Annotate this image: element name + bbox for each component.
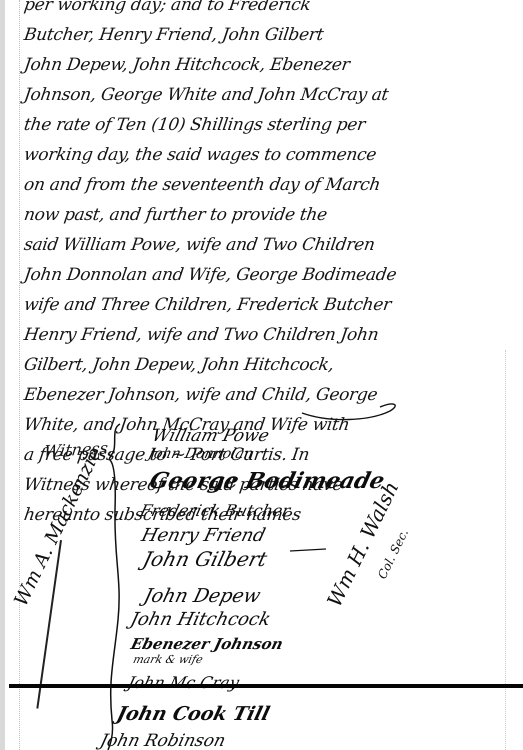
signature: John Hitchcock [127, 609, 381, 635]
body-line: Butcher, Henry Friend, John Gilbert [22, 20, 406, 50]
signature: John Robinson [97, 731, 381, 750]
body-line: said William Powe, wife and Two Children [22, 230, 406, 260]
signature: Ebenezer Johnson [129, 635, 379, 653]
body-line: the rate of Ten (10) Shillings sterling … [22, 110, 406, 140]
body-line: Johnson, George White and John McCray at [22, 80, 406, 110]
body-line: Gilbert, John Depew, John Hitchcock, [22, 350, 406, 380]
signature: John Mc Cray [123, 673, 382, 703]
body-line: per working day; and to Frederick [22, 0, 406, 20]
right-ruling-line [505, 350, 506, 750]
body-line: wife and Three Children, Frederick Butch… [22, 290, 406, 320]
document-page: per working day; and to Frederick Butche… [0, 0, 523, 750]
body-line: Henry Friend, wife and Two Children John [22, 320, 406, 350]
body-line: on and from the seventeenth day of March [22, 170, 406, 200]
scan-margin-strip [0, 0, 5, 750]
signature: George Bodimeade [145, 468, 383, 501]
body-line: John Donnolan and Wife, George Bodimeade [22, 260, 406, 290]
signature: Frederick Butcher [137, 501, 381, 525]
signature: John Cook Till [113, 703, 382, 731]
horizontal-black-bar [9, 684, 523, 688]
signature: William Powe [150, 426, 380, 446]
body-line: working day, the said wages to commence [22, 140, 406, 170]
left-ruling-line [19, 0, 20, 750]
body-line: now past, and further to provide the [22, 200, 406, 230]
signature: mark & wife [130, 653, 380, 673]
body-line: Ebenezer Johnson, wife and Child, George [22, 380, 406, 410]
signature: John Donnolan [145, 446, 380, 468]
signature: Henry Friend [139, 525, 380, 547]
body-line: John Depew, John Hitchcock, Ebenezer [22, 50, 406, 80]
